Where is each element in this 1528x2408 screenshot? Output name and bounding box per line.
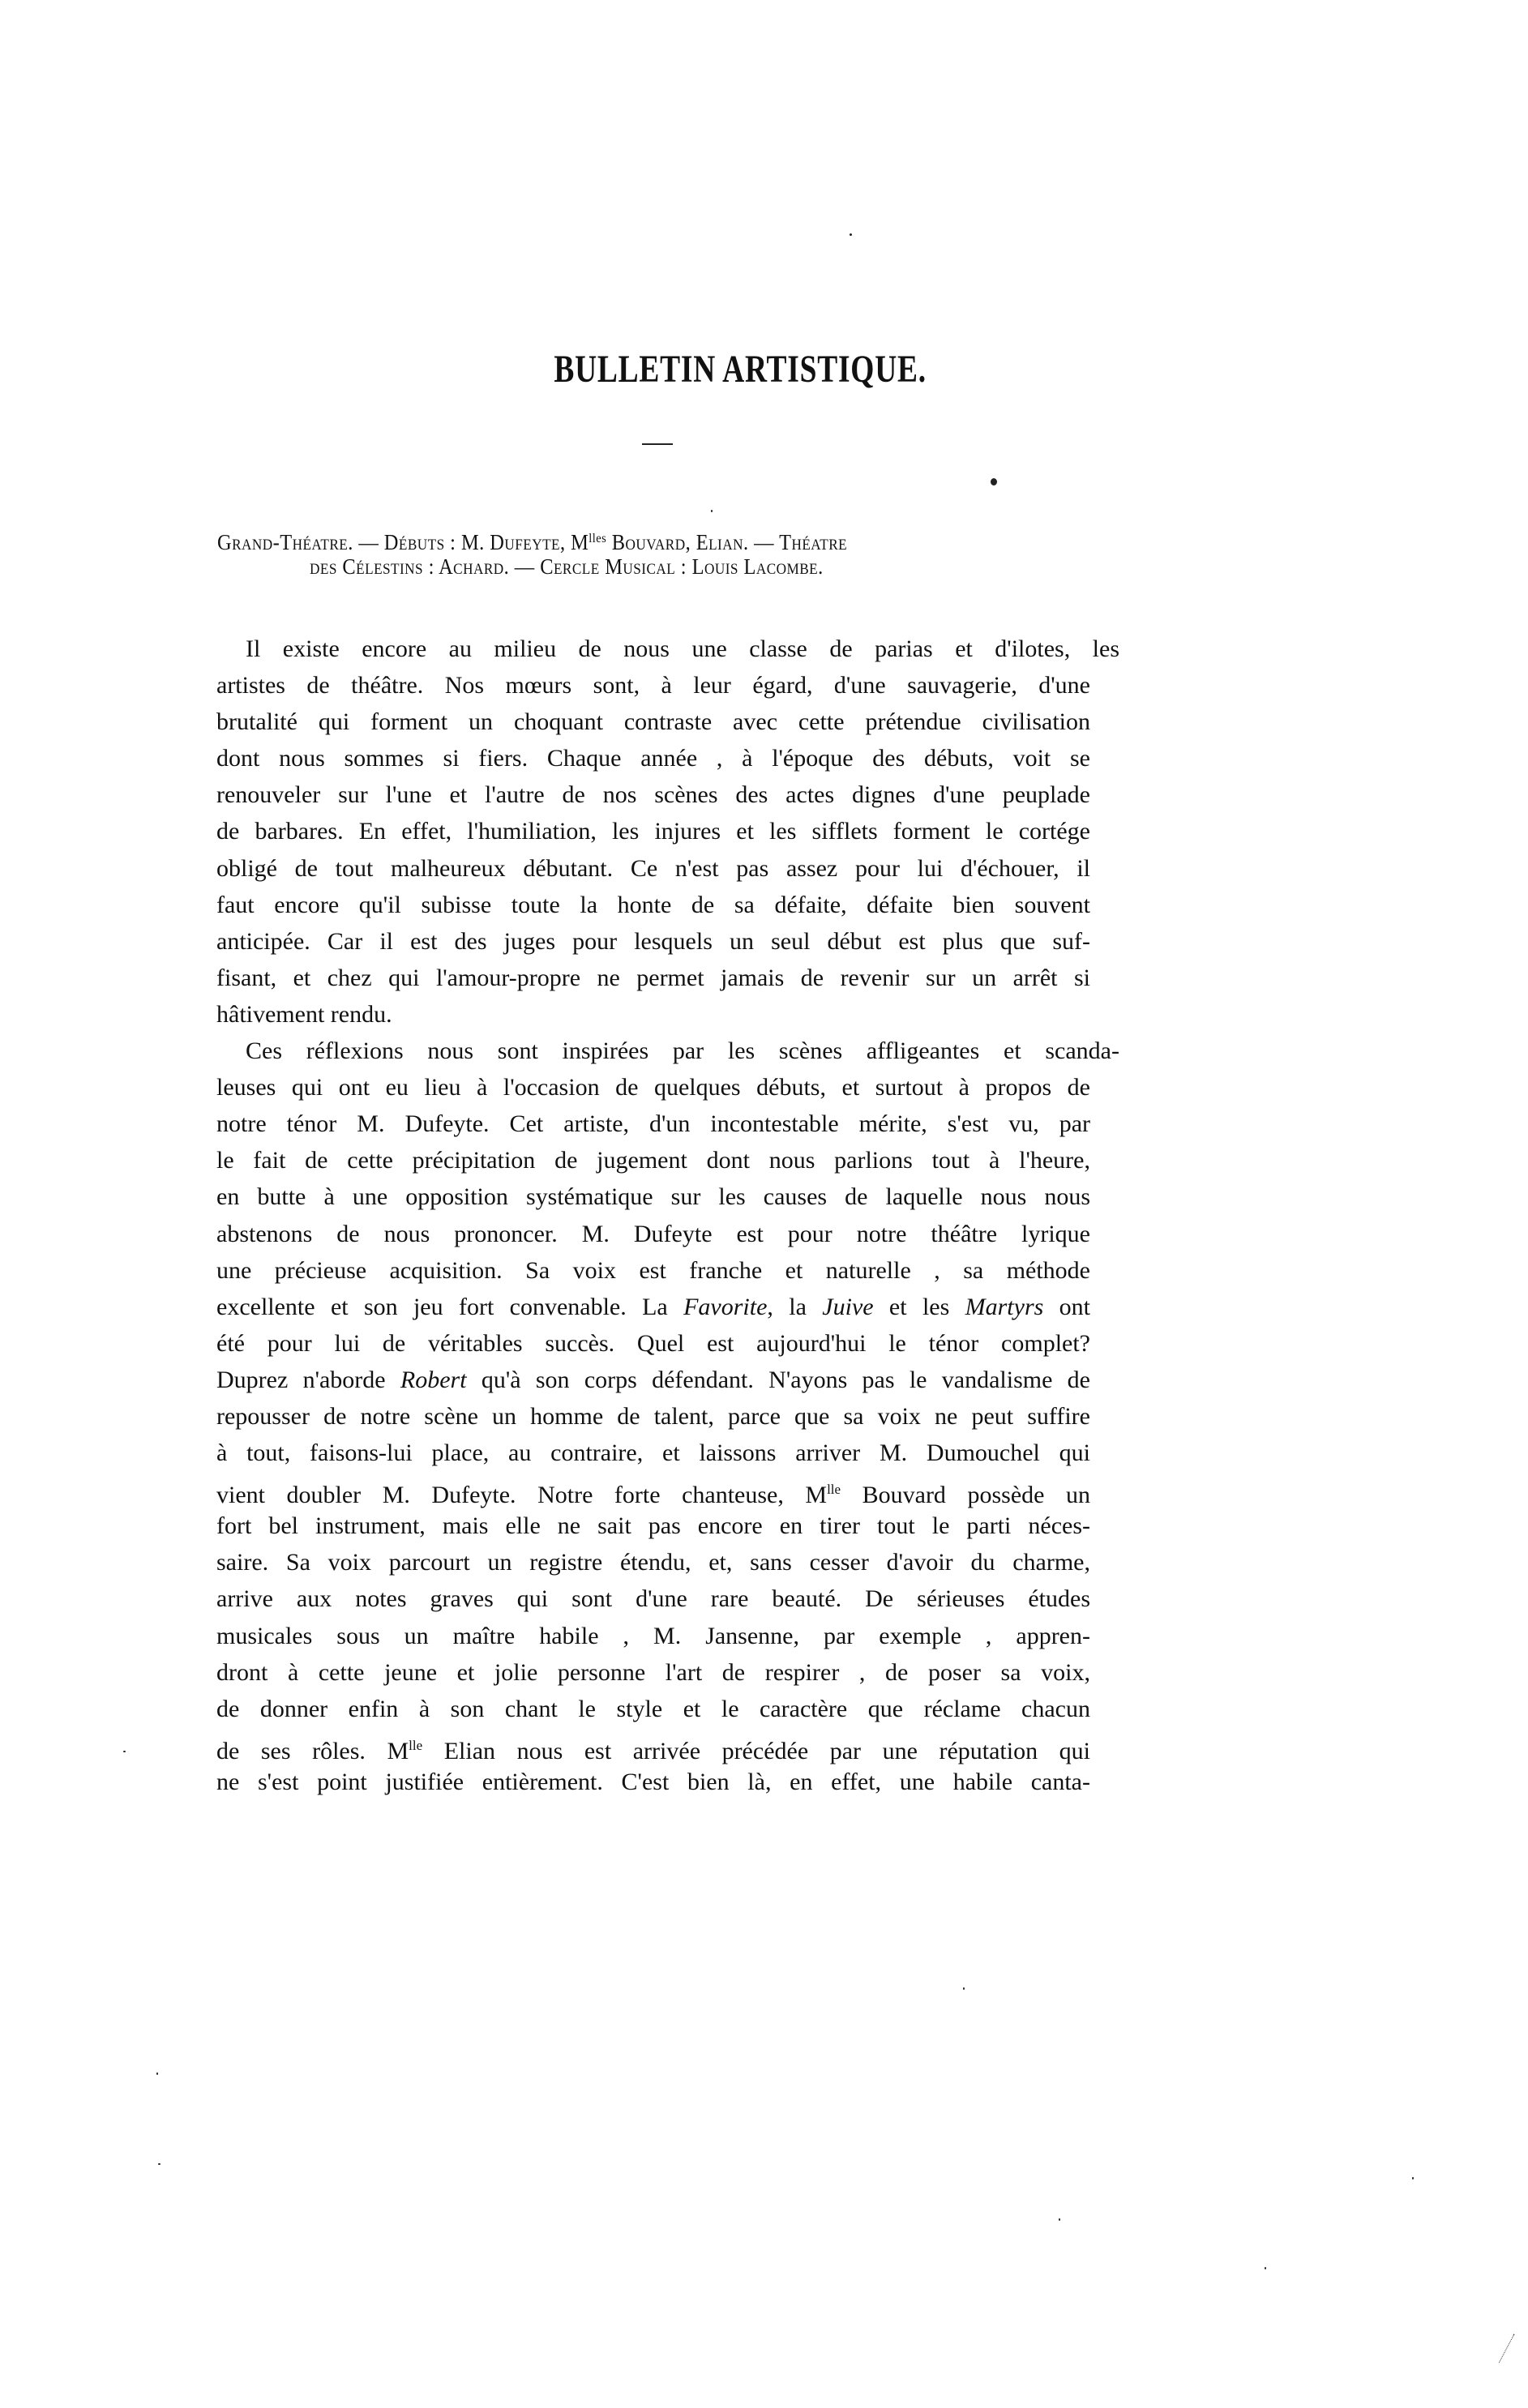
superscript-abbrev: lle	[409, 1738, 422, 1753]
ink-dot-mark	[991, 478, 997, 485]
section-subtitle-line-2: des Célestins : Achard. — Cercle Musical…	[310, 553, 824, 580]
text-line: renouveler sur l'une et l'autre de nos s…	[216, 776, 1090, 813]
subtitle-superscript: lles	[589, 532, 606, 545]
title-divider-rule	[642, 443, 673, 445]
text-line: arrive aux notes graves qui sont d'une r…	[216, 1580, 1090, 1617]
text-line: dont nous sommes si fiers. Chaque année …	[216, 740, 1090, 776]
subtitle-text: Bouvard, Elian. — Théatre	[606, 530, 847, 554]
text-line: Duprez n'aborde Robert qu'à son corps dé…	[216, 1362, 1090, 1398]
section-subtitle-line-1: Grand-Théatre. — Débuts : M. Dufeyte, Ml…	[217, 525, 847, 556]
text-line: brutalité qui forment un choquant contra…	[216, 704, 1090, 740]
text-line: fisant, et chez qui l'amour-propre ne pe…	[216, 960, 1090, 996]
text-line: fort bel instrument, mais elle ne sait p…	[216, 1508, 1090, 1544]
text-run: Bouvard possède un	[841, 1482, 1090, 1508]
text-line: abstenons de nous prononcer. M. Dufeyte …	[216, 1216, 1090, 1252]
text-line: hâtivement rendu.	[216, 996, 1090, 1033]
text-run: ont	[1043, 1294, 1090, 1320]
text-line: musicales sous un maître habile , M. Jan…	[216, 1618, 1090, 1654]
italic-title-favorite: Favorite	[683, 1294, 767, 1320]
text-line: à tout, faisons-lui place, au contraire,…	[216, 1435, 1090, 1471]
speck-mark	[123, 1751, 126, 1752]
text-line: été pour lui de véritables succès. Quel …	[216, 1325, 1090, 1362]
text-line: leuses qui ont eu lieu à l'occasion de q…	[216, 1069, 1090, 1106]
speck-mark	[1412, 2177, 1414, 2179]
speck-mark	[1265, 2267, 1266, 2269]
scanned-book-page: BULLETIN ARTISTIQUE. Grand-Théatre. — Dé…	[0, 0, 1528, 2408]
text-run: qu'à son corps défendant. N'ayons pas le…	[467, 1367, 1090, 1393]
text-line: le fait de cette précipitation de jugeme…	[216, 1142, 1090, 1178]
text-line: ne s'est point justifiée entièrement. C'…	[216, 1764, 1090, 1800]
italic-title-juive: Juive	[822, 1294, 873, 1320]
text-line: Il existe encore au milieu de nous une c…	[216, 631, 1119, 667]
speck-mark	[711, 510, 713, 512]
scan-edge-mark	[1499, 2334, 1516, 2364]
text-line: vient doubler M. Dufeyte. Notre forte ch…	[216, 1471, 1090, 1508]
text-line: saire. Sa voix parcourt un registre éten…	[216, 1544, 1090, 1580]
text-run: Elian nous est arrivée précédée par une …	[422, 1738, 1090, 1764]
text-line: de barbares. En effet, l'humiliation, le…	[216, 813, 1090, 849]
article-body: Il existe encore au milieu de nous une c…	[216, 631, 1090, 1800]
text-line: anticipée. Car il est des juges pour les…	[216, 923, 1090, 960]
text-line: notre ténor M. Dufeyte. Cet artiste, d'u…	[216, 1106, 1090, 1142]
speck-mark	[156, 2072, 158, 2075]
text-line: artistes de théâtre. Nos mœurs sont, à l…	[216, 667, 1090, 704]
text-run: de ses rôles. M	[216, 1738, 409, 1764]
speck-mark	[1059, 2218, 1060, 2221]
italic-title-robert: Robert	[400, 1367, 467, 1393]
text-line: de ses rôles. Mlle Elian nous est arrivé…	[216, 1727, 1090, 1764]
text-line: excellente et son jeu fort convenable. L…	[216, 1289, 1090, 1325]
text-line: repousser de notre scène un homme de tal…	[216, 1398, 1090, 1435]
text-line: de donner enfin à son chant le style et …	[216, 1691, 1090, 1727]
text-line: faut encore qu'il subisse toute la honte…	[216, 887, 1090, 923]
text-run: vient doubler M. Dufeyte. Notre forte ch…	[216, 1482, 827, 1508]
speck-mark	[158, 2163, 161, 2165]
text-run: Duprez n'aborde	[216, 1367, 400, 1393]
text-line: en butte à une opposition systématique s…	[216, 1178, 1090, 1215]
text-line: Ces réflexions nous sont inspirées par l…	[216, 1033, 1119, 1069]
text-line: dront à cette jeune et jolie personne l'…	[216, 1654, 1090, 1691]
superscript-abbrev: lle	[827, 1482, 841, 1497]
text-line: obligé de tout malheureux débutant. Ce n…	[216, 850, 1090, 887]
italic-title-martyrs: Martyrs	[965, 1294, 1044, 1320]
text-line: une précieuse acquisition. Sa voix est f…	[216, 1252, 1090, 1289]
speck-mark	[963, 1987, 965, 1990]
text-run: , la	[767, 1294, 822, 1320]
text-run: excellente et son jeu fort convenable. L…	[216, 1294, 683, 1320]
text-run: et les	[874, 1294, 965, 1320]
speck-mark	[850, 233, 852, 236]
page-title: BULLETIN ARTISTIQUE.	[144, 349, 1336, 391]
subtitle-text: Grand-Théatre. — Débuts : M. Dufeyte, M	[217, 530, 589, 554]
